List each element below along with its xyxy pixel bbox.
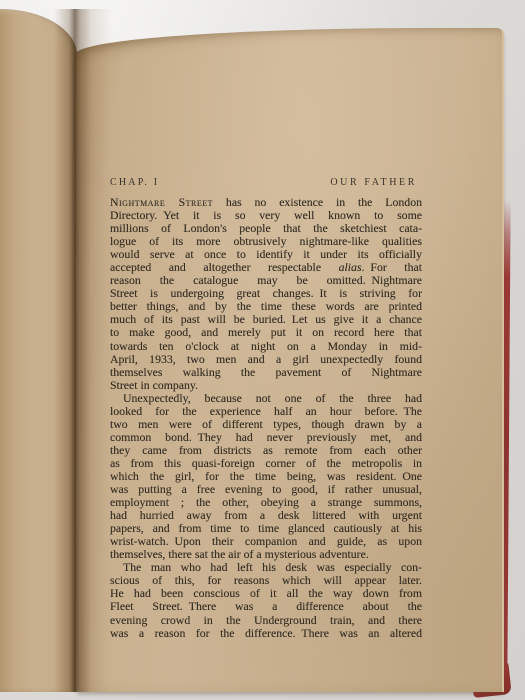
chapter-label: CHAP. I (110, 177, 159, 188)
text-segment: they came from districts as remote from … (110, 443, 422, 457)
text-segment: as from this quasi-foreign corner of the… (110, 456, 422, 470)
text-segment: He had been conscious of it all the way … (110, 586, 422, 600)
text-segment: April, 1933, two men and a girl unexpect… (110, 352, 422, 366)
text-segment: which the girl, for the time being, was … (110, 469, 422, 483)
text-segment: was putting a free evening to good, if r… (110, 482, 422, 496)
paragraph: Unexpectedly, because not one of the thr… (110, 392, 422, 562)
text-segment: evening crowd in the Underground train, … (110, 613, 422, 627)
running-title: OUR FATHER (330, 177, 417, 188)
page-body: Nightmare Street has no existence in the… (110, 196, 422, 640)
text-segment: The man who had left his desk was especi… (123, 560, 422, 574)
text-segment: reason the catalogue may be omitted. Nig… (110, 273, 422, 287)
text-segment: common bond. They had never previously m… (110, 430, 422, 444)
text-segment: accepted and altogether respectable (110, 260, 339, 274)
text-segment: was a reason for the difference. There w… (110, 626, 422, 640)
paragraph: Nightmare Street has no existence in the… (110, 196, 422, 392)
left-page-curl (0, 9, 77, 692)
paragraph: The man who had left his desk was especi… (110, 561, 422, 639)
text-segment: Fleet Street. There was a difference abo… (110, 599, 422, 613)
text-segment: logue of its more obtrusively nightmare-… (110, 234, 422, 248)
text-segment: better things, and by the time these wor… (110, 299, 422, 313)
page-header: CHAP. I OUR FATHER (110, 177, 422, 189)
text-segment: Street in company. (110, 378, 198, 392)
text-segment: Nightmare Street (110, 195, 213, 209)
text-line: was a reason for the difference. There w… (110, 627, 422, 640)
text-segment: Unexpectedly, because not one of the thr… (123, 391, 422, 405)
text-segment: has no existence in the London (213, 195, 422, 209)
text-segment: looked for the experience half an hour b… (110, 404, 422, 418)
text-segment: themselves walking the pavement of Night… (110, 365, 422, 379)
text-segment: employment ; the other, obeying a strang… (110, 495, 422, 509)
text-block: CHAP. I OUR FATHER Nightmare Street has … (110, 177, 422, 640)
text-segment: scious of this, for reasons which will a… (110, 573, 422, 587)
text-segment: towards ten o'clock at night on a Monday… (110, 339, 422, 353)
text-segment: millions of London's people that the ske… (110, 221, 422, 235)
text-segment: papers, and from time to time glanced ca… (110, 521, 422, 535)
text-segment: alias (339, 260, 362, 274)
text-segment: themselves, there sat the air of a myste… (110, 547, 369, 561)
text-segment: much of its past will be buried. Let us … (110, 312, 422, 326)
text-segment: had hurried away from a desk littered wi… (110, 508, 422, 522)
text-segment: would serve at once to identify it under… (110, 247, 422, 261)
text-segment: . For that (362, 260, 422, 274)
text-segment: Street is undergoing great changes. It i… (110, 286, 422, 300)
text-segment: to make good, and merely put it on recor… (110, 325, 422, 339)
book-photo: CHAP. I OUR FATHER Nightmare Street has … (0, 0, 525, 700)
text-segment: wrist-watch. Upon their companion and gu… (110, 534, 422, 548)
text-segment: Directory. Yet it is so very well known … (110, 208, 422, 222)
text-segment: two men were of different types, though … (110, 417, 422, 431)
